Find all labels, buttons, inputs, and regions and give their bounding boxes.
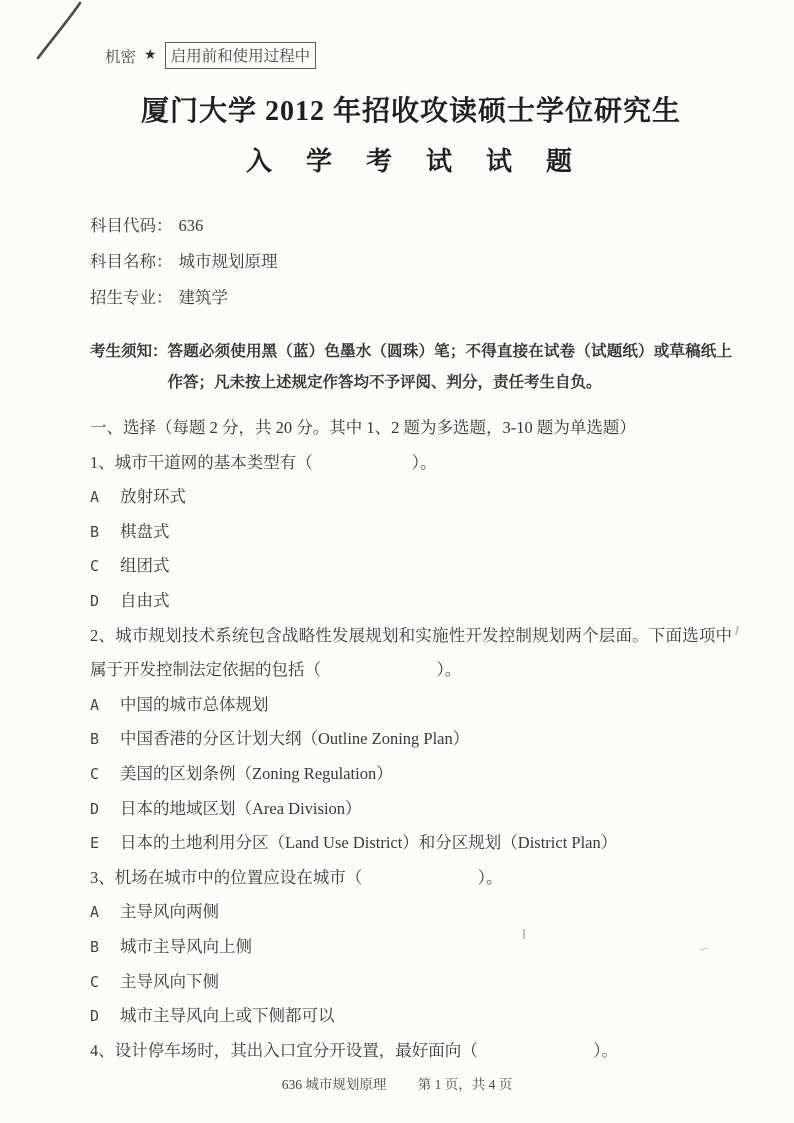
- option-text: 美国的区划条例（Zoning Regulation）: [120, 757, 732, 792]
- option-text: 日本的地域区划（Area Division）: [120, 792, 732, 827]
- question-body: 一、选择（每题 2 分，共 20 分。其中 1、2 题为多选题，3-10 题为单…: [90, 411, 732, 1068]
- option-text: 中国香港的分区计划大纲（Outline Zoning Plan）: [120, 722, 732, 757]
- question-4: 4、设计停车场时，其出入口宜分开设置，最好面向（ ）。: [90, 1034, 732, 1069]
- question-2-option-e: E 日本的土地利用分区（Land Use District）和分区规划（Dist…: [90, 826, 732, 861]
- question-3-option-d: D 城市主导风向上或下侧都可以: [90, 999, 732, 1034]
- major-label: 招生专业：: [90, 280, 173, 316]
- subject-name-label: 科目名称：: [90, 244, 173, 280]
- question-1-option-a: A 放射环式: [90, 480, 732, 515]
- security-header: 机密 ★ 启用前和使用过程中: [105, 0, 732, 69]
- section-heading: 一、选择（每题 2 分，共 20 分。其中 1、2 题为多选题，3-10 题为单…: [90, 411, 732, 446]
- option-text: 主导风向下侧: [120, 965, 732, 1000]
- major-value: 建筑学: [179, 280, 229, 316]
- question-4-number: 4、: [90, 1041, 115, 1060]
- question-2: 2、城市规划技术系统包含战略性发展规划和实施性开发控制规划两个层面。下面选项中属…: [90, 619, 732, 688]
- question-3-option-b: B 城市主导风向上侧: [90, 930, 732, 965]
- option-letter: C: [90, 549, 120, 584]
- footer-page-number: 第 1 页，共 4 页: [418, 1077, 513, 1092]
- question-1-number: 1、: [90, 453, 115, 472]
- major-line: 招生专业： 建筑学: [90, 280, 732, 316]
- subject-meta: 科目代码： 636 科目名称： 城市规划原理 招生专业： 建筑学: [90, 208, 732, 316]
- question-2-option-d: D 日本的地域区划（Area Division）: [90, 792, 732, 827]
- option-letter: D: [90, 584, 120, 619]
- notice-label: 考生须知：: [90, 336, 168, 398]
- option-letter: C: [90, 965, 120, 1000]
- option-text: 日本的土地利用分区（Land Use District）和分区规划（Distri…: [120, 826, 732, 861]
- classification-label: 机密: [105, 45, 136, 67]
- question-1-option-b: B 棋盘式: [90, 515, 732, 550]
- option-text: 主导风向两侧: [120, 895, 732, 930]
- question-2-option-c: C 美国的区划条例（Zoning Regulation）: [90, 757, 732, 792]
- question-1-option-d: D 自由式: [90, 584, 732, 619]
- question-3-option-c: C 主导风向下侧: [90, 965, 732, 1000]
- subject-name-value: 城市规划原理: [179, 244, 278, 280]
- option-text: 城市主导风向上侧: [120, 930, 732, 965]
- option-letter: D: [90, 792, 120, 827]
- question-2-option-a: A 中国的城市总体规划: [90, 688, 732, 723]
- question-2-option-b: B 中国香港的分区计划大纲（Outline Zoning Plan）: [90, 722, 732, 757]
- question-3-stem: 机场在城市中的位置应设在城市（ ）。: [115, 868, 503, 887]
- option-text: 组团式: [120, 549, 732, 584]
- question-2-stem: 城市规划技术系统包含战略性发展规划和实施性开发控制规划两个层面。下面选项中属于开…: [90, 626, 732, 680]
- exam-title-line1: 厦门大学 2012 年招收攻读硕士学位研究生: [90, 89, 732, 129]
- question-1-stem: 城市干道网的基本类型有（ ）。: [115, 453, 437, 472]
- option-text: 中国的城市总体规划: [120, 688, 732, 723]
- subject-code-value: 636: [179, 208, 204, 244]
- star-icon: ★: [144, 47, 157, 64]
- usage-note-box: 启用前和使用过程中: [165, 42, 317, 69]
- subject-code-label: 科目代码：: [90, 208, 173, 244]
- question-1: 1、城市干道网的基本类型有（ ）。: [90, 446, 732, 481]
- option-letter: B: [90, 722, 120, 757]
- subject-code-line: 科目代码： 636: [90, 208, 732, 244]
- option-letter: D: [90, 999, 120, 1034]
- option-text: 棋盘式: [120, 515, 732, 550]
- option-letter: A: [90, 895, 120, 930]
- question-3: 3、机场在城市中的位置应设在城市（ ）。: [90, 861, 732, 896]
- question-3-number: 3、: [90, 868, 115, 887]
- question-4-stem: 设计停车场时，其出入口宜分开设置，最好面向（ ）。: [115, 1041, 618, 1060]
- option-text: 自由式: [120, 584, 732, 619]
- question-1-option-c: C 组团式: [90, 549, 732, 584]
- examinee-notice: 考生须知： 答题必须使用黑（蓝）色墨水（圆珠）笔；不得直接在试卷（试题纸）或草稿…: [90, 336, 732, 398]
- question-3-option-a: A 主导风向两侧: [90, 895, 732, 930]
- option-letter: C: [90, 757, 120, 792]
- page-footer: 636 城市规划原理 第 1 页，共 4 页: [0, 1073, 794, 1093]
- page-content: 机密 ★ 启用前和使用过程中 厦门大学 2012 年招收攻读硕士学位研究生 入 …: [0, 0, 794, 1068]
- option-text: 城市主导风向上或下侧都可以: [120, 999, 732, 1034]
- exam-paper-page: 机密 ★ 启用前和使用过程中 厦门大学 2012 年招收攻读硕士学位研究生 入 …: [0, 0, 794, 1123]
- option-letter: A: [90, 688, 120, 723]
- subject-name-line: 科目名称： 城市规划原理: [90, 244, 732, 280]
- question-2-number: 2、: [90, 626, 115, 645]
- exam-title-line2: 入 学 考 试 试 题: [90, 141, 732, 178]
- option-letter: A: [90, 480, 120, 515]
- option-letter: B: [90, 515, 120, 550]
- option-text: 放射环式: [120, 480, 732, 515]
- footer-subject: 636 城市规划原理: [282, 1077, 387, 1092]
- option-letter: B: [90, 930, 120, 965]
- option-letter: E: [90, 826, 120, 861]
- notice-text: 答题必须使用黑（蓝）色墨水（圆珠）笔；不得直接在试卷（试题纸）或草稿纸上作答；凡…: [168, 336, 732, 398]
